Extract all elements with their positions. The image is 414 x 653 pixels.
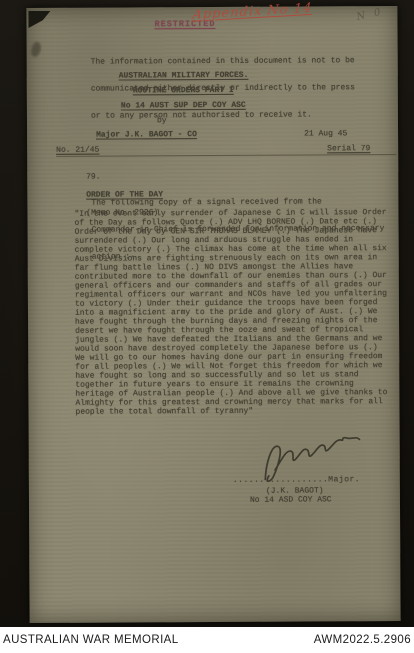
signature-line: ..................Major. [233,475,360,485]
order-number: No. 21/45 [56,146,99,155]
archive-name: AUSTRALIAN WAR MEMORIAL [3,634,179,646]
pencil-mark: N 0 [356,6,385,23]
security-notice-line: The information contained in this docume… [91,56,355,66]
order-intro-line: The following copy of a signal received … [91,197,384,208]
issue-date: 21 Aug 45 [304,129,347,138]
heading-unit: No 14 AUST SUP DEP COY ASC [121,101,246,111]
corner-shadow-mark [28,11,50,28]
document-page: RESTRICTED Appendix No 14 N 0 The inform… [26,6,400,623]
archive-reference: AWM2022.5.2906 [314,634,411,646]
signatory-unit: No 14 ASD COY ASC [250,495,332,504]
archive-caption-bar: AUSTRALIAN WAR MEMORIAL AWM2022.5.2906 [0,627,414,653]
heading-by: by [157,116,167,125]
appendix-annotation: Appendix No 14 [192,0,332,23]
photo-background: RESTRICTED Appendix No 14 N 0 The inform… [0,0,414,627]
security-notice-line: or to any person not authorised to recei… [91,110,355,120]
heading-orders: ROUTINE ORDERS PART I [133,86,234,96]
heading-force: AUSTRALIAN MILITARY FORCES. [119,71,249,81]
signatory-name: (J.K. BAGOT) [266,486,324,495]
paper-blemish [30,41,43,58]
horizontal-rule [56,154,396,157]
order-body: "In the event early surrender of Japanes… [74,208,389,417]
issuing-officer: Major J.K. BAGOT - CO [96,130,197,140]
serial-number: Serial 79 [327,144,370,153]
